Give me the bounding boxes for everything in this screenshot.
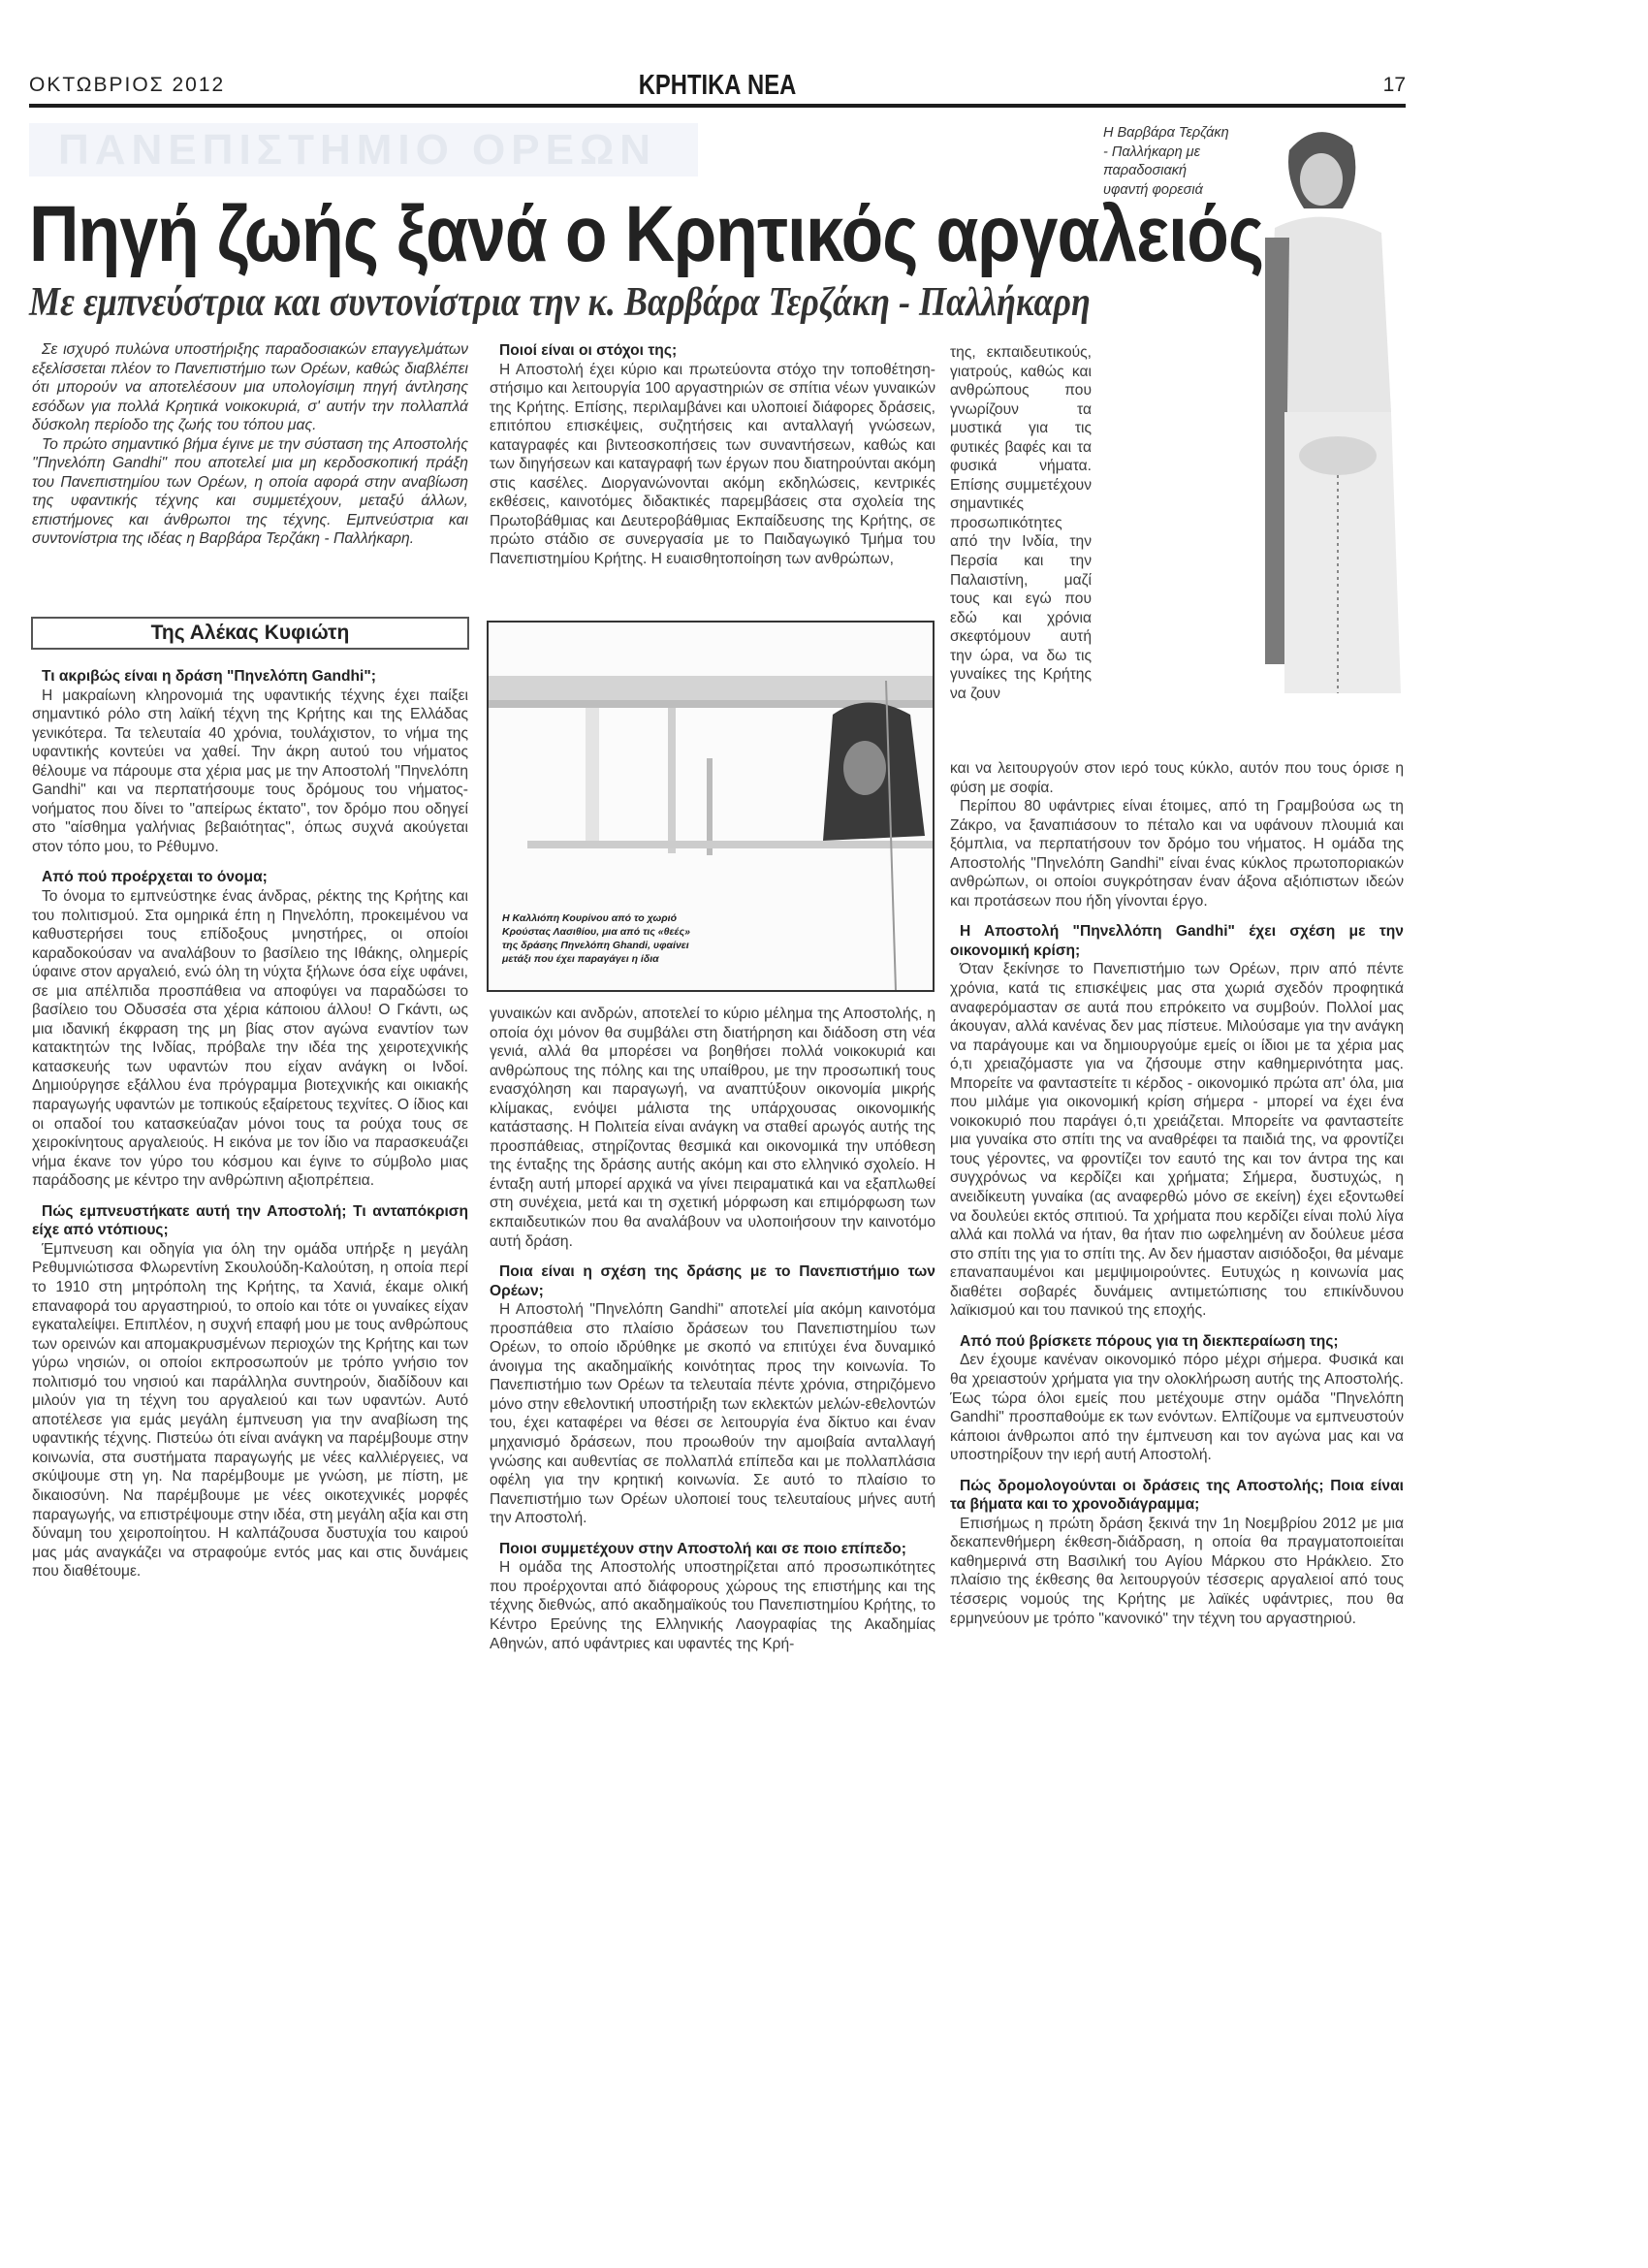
interview-answer: Δεν έχουμε κανέναν οικονομικό πόρο μέχρι…	[950, 1351, 1404, 1464]
subheadline: Με εμπνεύστρια και συντονίστρια την κ. Β…	[29, 279, 930, 326]
interview-answer: Η μακραίωνη κληρονομιά της υφαντικής τέχ…	[32, 687, 468, 857]
interview-answer: Το όνομα το εμπνεύστηκε ένας άνδρας, ρέκ…	[32, 887, 468, 1191]
interview-answer: γυναικών και ανδρών, αποτελεί το κύριο μ…	[490, 1005, 935, 1251]
portrait-photo-caption: Η Βαρβάρα Τερζάκη - Παλλήκαρη με παραδοσ…	[1103, 124, 1229, 200]
interview-question: Ποιοι συμμετέχουν στην Αποστολή και σε π…	[490, 1540, 935, 1559]
interview-question: Από πού βρίσκετε πόρους για τη διεκπεραί…	[950, 1332, 1404, 1352]
interview-answer: Η Αποστολή έχει κύριο και πρωτεύοντα στό…	[490, 361, 935, 569]
interview-answer: Επισήμως η πρώτη δράση ξεκινά την 1η Νοε…	[950, 1515, 1404, 1628]
article-column-2-top: Ποιοί είναι οι στόχοι της; Η Αποστολή έχ…	[490, 334, 935, 569]
interview-question: Η Αποστολή "Πηνελλόπη Gandhi" έχει σχέση…	[950, 922, 1404, 960]
interview-answer: και να λειτουργούν στον ιερό τους κύκλο,…	[950, 759, 1404, 797]
interview-answer: Η Αποστολή "Πηνελόπη Gandhi" αποτελεί μί…	[490, 1300, 935, 1528]
interview-question: Τι ακριβώς είναι η δράση "Πηνελόπη Gandh…	[32, 667, 468, 687]
interview-question: Πώς εμπνευστήκατε αυτή την Αποστολή; Τι …	[32, 1202, 468, 1240]
interview-question: Από πού προέρχεται το όνομα;	[32, 868, 468, 887]
interview-answer: Περίπου 80 υφάντριες είναι έτοιμες, από …	[950, 797, 1404, 910]
interview-question: Ποια είναι η σχέση της δράσης με το Πανε…	[490, 1262, 935, 1300]
page-number: 17	[1383, 74, 1406, 97]
interview-answer: Η ομάδα της Αποστολής υποστηρίζεται από …	[490, 1558, 935, 1653]
loom-photo: Η Καλλιόπη Κουρίνου από το χωριό Κρούστα…	[487, 621, 935, 992]
byline: Της Αλέκας Κυφιώτη	[31, 617, 469, 650]
newspaper-name: ΚΡΗΤΙΚΑ ΝΕΑ	[153, 70, 1282, 102]
interview-answer: Έμπνευση και οδηγία για όλη την ομάδα υπ…	[32, 1240, 468, 1581]
interview-question: Πώς δρομολογούνται οι δράσεις της Αποστο…	[950, 1477, 1404, 1515]
lead-paragraph: Σε ισχυρό πυλώνα υποστήριξης παραδοσιακώ…	[32, 340, 468, 549]
section-banner: ΠΑΝΕΠΙΣΤΗΜΙΟ ΟΡΕΩΝ	[29, 123, 698, 176]
article-column-1: Τι ακριβώς είναι η δράση "Πηνελόπη Gandh…	[32, 659, 468, 1581]
lead-text: Σε ισχυρό πυλώνα υποστήριξης παραδοσιακώ…	[32, 340, 468, 435]
headline: Πηγή ζωής ξανά ο Κρητικός αργαλειός	[29, 189, 948, 280]
interview-question: Ποιοί είναι οι στόχοι της;	[490, 341, 935, 361]
article-column-2-bottom: γυναικών και ανδρών, αποτελεί το κύριο μ…	[490, 1005, 935, 1653]
portrait-photo	[1246, 121, 1415, 747]
lead-text: Το πρώτο σημαντικό βήμα έγινε με την σύσ…	[32, 435, 468, 549]
loom-photo-caption: Η Καλλιόπη Κουρίνου από το χωριό Κρούστα…	[502, 911, 696, 966]
masthead-rule	[29, 104, 1406, 108]
interview-answer: Όταν ξεκίνησε το Πανεπιστήμιο των Ορέων,…	[950, 960, 1404, 1320]
masthead: ΟΚΤΩΒΡΙΟΣ 2012 ΚΡΗΤΙΚΑ ΝΕΑ 17	[29, 70, 1406, 103]
article-column-3: και να λειτουργούν στον ιερό τους κύκλο,…	[950, 759, 1404, 1628]
article-column-3-narrow: της, εκπαιδευτικούς, γιατρούς, καθώς και…	[950, 343, 1092, 703]
